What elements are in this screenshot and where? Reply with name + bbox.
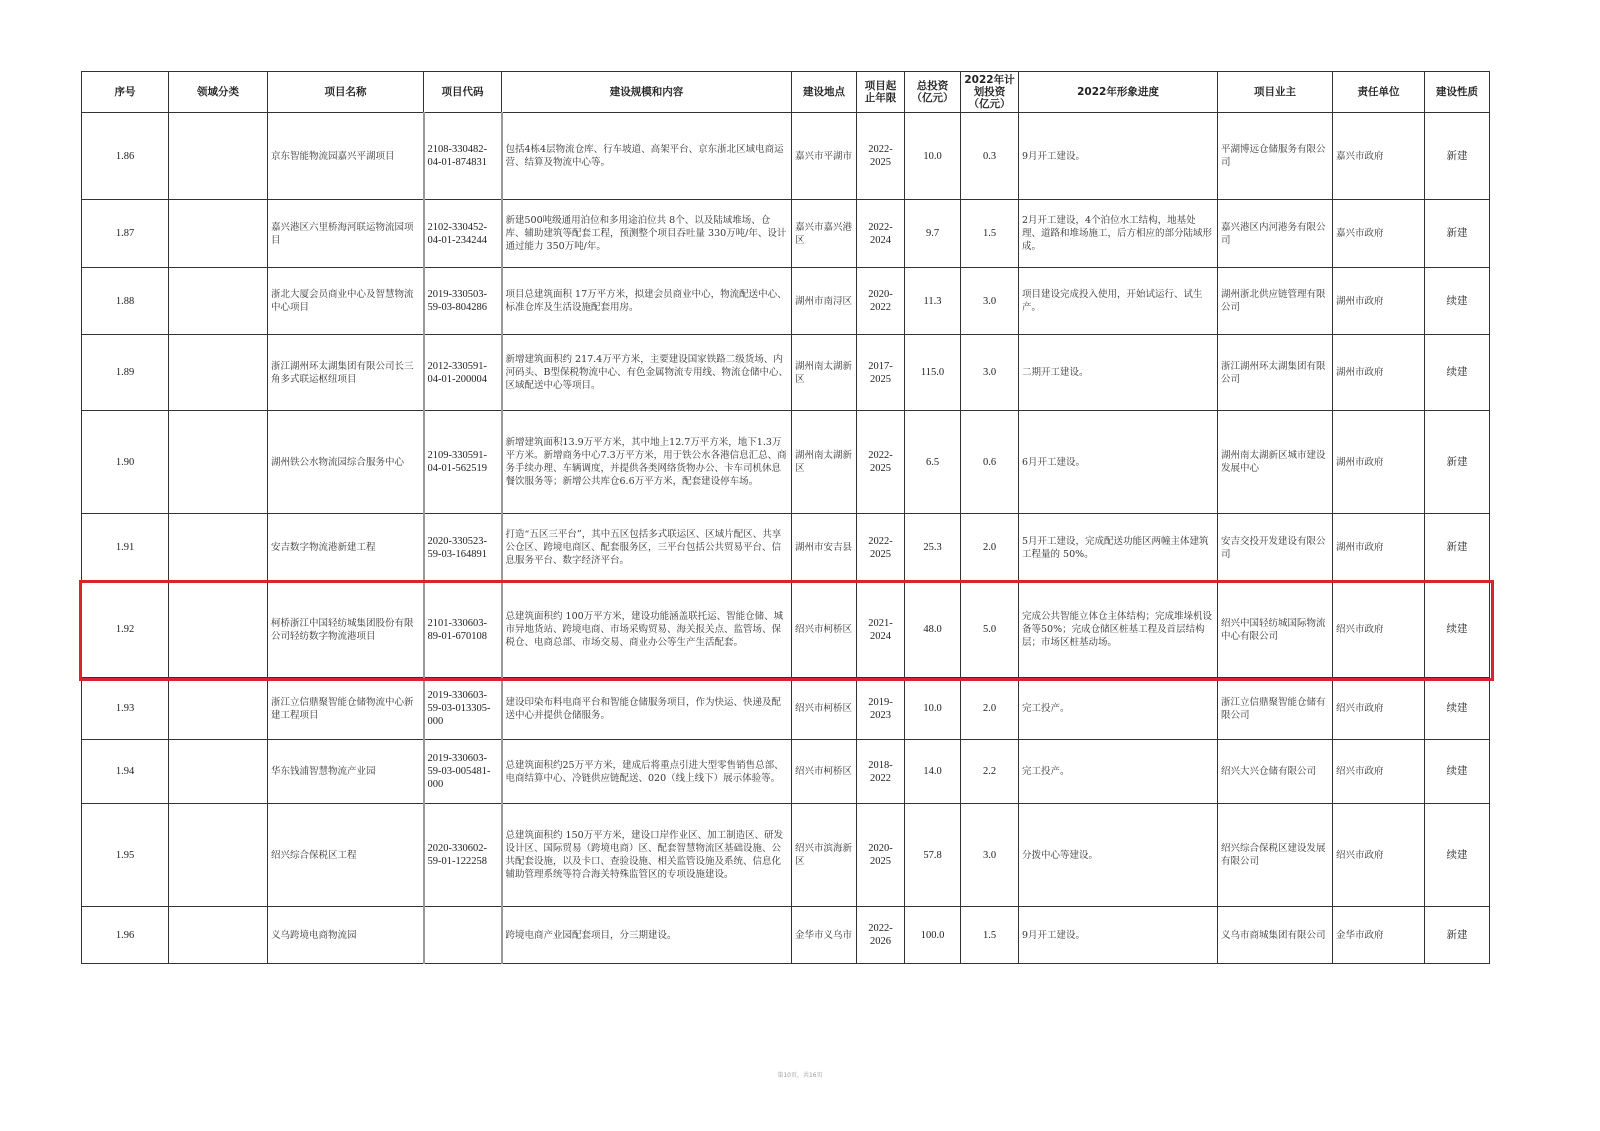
row-project-code: 2019-330603-59-03-005481-000 <box>424 740 502 804</box>
row-category <box>169 804 268 907</box>
header-nature: 建设性质 <box>1425 72 1490 113</box>
row-progress-2022: 二期开工建设。 <box>1019 335 1218 411</box>
row-responsible-unit: 绍兴市政府 <box>1333 804 1425 907</box>
header-location: 建设地点 <box>792 72 857 113</box>
row-owner: 浙江立信鼎聚智能仓储有限公司 <box>1218 678 1333 740</box>
row-plan-2022: 5.0 <box>961 582 1019 678</box>
row-scope: 新增建筑面积约 217.4万平方米，主要建设国家铁路二级货场、内河码头、B型保税… <box>502 335 792 411</box>
row-plan-2022: 2.0 <box>961 514 1019 582</box>
header-project-name: 项目名称 <box>268 72 424 113</box>
row-progress-2022: 完工投产。 <box>1019 678 1218 740</box>
header-plan-2022: 2022年计划投资（亿元） <box>961 72 1019 113</box>
row-scope: 新建500吨级通用泊位和多用途泊位共 8个、以及陆域堆场、仓库、辅助建筑等配套工… <box>502 200 792 268</box>
row-plan-2022: 2.2 <box>961 740 1019 804</box>
row-nature: 续建 <box>1425 804 1490 907</box>
row-location: 嘉兴市平湖市 <box>792 113 857 200</box>
row-plan-2022: 1.5 <box>961 907 1019 964</box>
row-seq: 1.96 <box>82 907 169 964</box>
row-responsible-unit: 嘉兴市政府 <box>1333 113 1425 200</box>
header-period: 项目起止年限 <box>857 72 905 113</box>
row-period: 2020-2025 <box>857 804 905 907</box>
row-scope: 总建筑面积约25万平方米，建成后将重点引进大型零售销售总部、电商结算中心、冷链供… <box>502 740 792 804</box>
row-responsible-unit: 湖州市政府 <box>1333 268 1425 335</box>
row-owner: 绍兴中国轻纺城国际物流中心有限公司 <box>1218 582 1333 678</box>
row-location: 嘉兴市嘉兴港区 <box>792 200 857 268</box>
row-project-code: 2019-330503-59-03-804286 <box>424 268 502 335</box>
row-location: 湖州南太湖新区 <box>792 411 857 514</box>
row-plan-2022: 3.0 <box>961 804 1019 907</box>
row-total-investment: 48.0 <box>905 582 961 678</box>
row-progress-2022: 5月开工建设，完成配送功能区两幢主体建筑工程量的 50%。 <box>1019 514 1218 582</box>
row-total-investment: 6.5 <box>905 411 961 514</box>
row-responsible-unit: 金华市政府 <box>1333 907 1425 964</box>
row-project-name: 绍兴综合保税区工程 <box>268 804 424 907</box>
row-period: 2017-2025 <box>857 335 905 411</box>
row-seq: 1.86 <box>82 113 169 200</box>
header-seq: 序号 <box>82 72 169 113</box>
row-seq: 1.95 <box>82 804 169 907</box>
row-owner: 浙江湖州环太湖集团有限公司 <box>1218 335 1333 411</box>
row-nature: 续建 <box>1425 268 1490 335</box>
row-total-investment: 57.8 <box>905 804 961 907</box>
header-total-investment: 总投资（亿元） <box>905 72 961 113</box>
row-project-code: 2101-330603-89-01-670108 <box>424 582 502 678</box>
row-responsible-unit: 湖州市政府 <box>1333 411 1425 514</box>
row-project-name: 浙北大厦会员商业中心及智慧物流中心项目 <box>268 268 424 335</box>
row-owner: 湖州南太湖新区城市建设发展中心 <box>1218 411 1333 514</box>
row-owner: 平湖博远仓储服务有限公司 <box>1218 113 1333 200</box>
row-plan-2022: 3.0 <box>961 335 1019 411</box>
row-owner: 安吉交投开发建设有限公司 <box>1218 514 1333 582</box>
table-row: 1.90湖州铁公水物流园综合服务中心2109-330591-04-01-5625… <box>82 411 1490 514</box>
table-row: 1.87嘉兴港区六里桥海河联运物流园项目2102-330452-04-01-23… <box>82 200 1490 268</box>
row-category <box>169 582 268 678</box>
row-project-name: 华东钱浦智慧物流产业园 <box>268 740 424 804</box>
row-category <box>169 268 268 335</box>
row-progress-2022: 9月开工建设。 <box>1019 907 1218 964</box>
row-period: 2022-2024 <box>857 200 905 268</box>
table-row: 1.88浙北大厦会员商业中心及智慧物流中心项目2019-330503-59-03… <box>82 268 1490 335</box>
row-progress-2022: 9月开工建设。 <box>1019 113 1218 200</box>
row-project-name: 湖州铁公水物流园综合服务中心 <box>268 411 424 514</box>
row-project-code <box>424 907 502 964</box>
header-scope: 建设规模和内容 <box>502 72 792 113</box>
row-period: 2020-2022 <box>857 268 905 335</box>
row-location: 金华市义乌市 <box>792 907 857 964</box>
row-project-code: 2020-330523-59-03-164891 <box>424 514 502 582</box>
row-location: 湖州南太湖新区 <box>792 335 857 411</box>
row-project-code: 2019-330603-59-03-013305-000 <box>424 678 502 740</box>
row-project-code: 2020-330602-59-01-122258 <box>424 804 502 907</box>
header-category: 领域分类 <box>169 72 268 113</box>
row-seq: 1.89 <box>82 335 169 411</box>
row-period: 2018-2022 <box>857 740 905 804</box>
row-project-name: 安吉数字物流港新建工程 <box>268 514 424 582</box>
row-period: 2021-2024 <box>857 582 905 678</box>
row-period: 2019-2023 <box>857 678 905 740</box>
row-project-code: 2102-330452-04-01-234244 <box>424 200 502 268</box>
row-scope: 跨境电商产业园配套项目，分三期建设。 <box>502 907 792 964</box>
row-nature: 新建 <box>1425 411 1490 514</box>
row-responsible-unit: 绍兴市政府 <box>1333 678 1425 740</box>
table-row: 1.94华东钱浦智慧物流产业园2019-330603-59-03-005481-… <box>82 740 1490 804</box>
row-location: 湖州市南浔区 <box>792 268 857 335</box>
project-table-sheet: 序号 领域分类 项目名称 项目代码 建设规模和内容 建设地点 项目起止年限 总投… <box>81 71 1489 964</box>
header-project-code: 项目代码 <box>424 72 502 113</box>
row-project-name: 浙江立信鼎聚智能仓储物流中心新建工程项目 <box>268 678 424 740</box>
row-responsible-unit: 湖州市政府 <box>1333 335 1425 411</box>
row-project-name: 京东智能物流园嘉兴平湖项目 <box>268 113 424 200</box>
row-responsible-unit: 绍兴市政府 <box>1333 582 1425 678</box>
row-total-investment: 9.7 <box>905 200 961 268</box>
row-total-investment: 10.0 <box>905 678 961 740</box>
row-progress-2022: 完成公共智能立体仓主体结构；完成堆垛机设备等50%；完成仓储区桩基工程及首层结构… <box>1019 582 1218 678</box>
row-progress-2022: 完工投产。 <box>1019 740 1218 804</box>
row-period: 2022-2026 <box>857 907 905 964</box>
row-seq: 1.87 <box>82 200 169 268</box>
row-plan-2022: 0.3 <box>961 113 1019 200</box>
row-category <box>169 740 268 804</box>
header-owner: 项目业主 <box>1218 72 1333 113</box>
row-category <box>169 514 268 582</box>
row-total-investment: 115.0 <box>905 335 961 411</box>
row-category <box>169 200 268 268</box>
row-responsible-unit: 嘉兴市政府 <box>1333 200 1425 268</box>
row-category <box>169 678 268 740</box>
row-project-name: 浙江湖州环太湖集团有限公司长三角多式联运枢纽项目 <box>268 335 424 411</box>
row-location: 绍兴市柯桥区 <box>792 678 857 740</box>
row-category <box>169 907 268 964</box>
row-nature: 续建 <box>1425 335 1490 411</box>
header-progress-2022: 2022年形象进度 <box>1019 72 1218 113</box>
row-category <box>169 411 268 514</box>
row-nature: 续建 <box>1425 678 1490 740</box>
row-plan-2022: 3.0 <box>961 268 1019 335</box>
row-nature: 新建 <box>1425 514 1490 582</box>
row-plan-2022: 1.5 <box>961 200 1019 268</box>
row-nature: 新建 <box>1425 907 1490 964</box>
row-location: 绍兴市柯桥区 <box>792 740 857 804</box>
row-owner: 湖州浙北供应链管理有限公司 <box>1218 268 1333 335</box>
row-responsible-unit: 湖州市政府 <box>1333 514 1425 582</box>
row-total-investment: 10.0 <box>905 113 961 200</box>
row-plan-2022: 0.6 <box>961 411 1019 514</box>
table-header-row: 序号 领域分类 项目名称 项目代码 建设规模和内容 建设地点 项目起止年限 总投… <box>82 72 1490 113</box>
row-owner: 嘉兴港区内河港务有限公司 <box>1218 200 1333 268</box>
row-seq: 1.88 <box>82 268 169 335</box>
row-period: 2022-2025 <box>857 411 905 514</box>
row-progress-2022: 2月开工建设，4个泊位水工结构，地基处理、道路和堆场施工，后方相应的部分陆域形成… <box>1019 200 1218 268</box>
row-progress-2022: 分拨中心等建设。 <box>1019 804 1218 907</box>
row-scope: 总建筑面积约 150万平方米，建设口岸作业区、加工制造区、研发设计区、国际贸易（… <box>502 804 792 907</box>
table-row: 1.86京东智能物流园嘉兴平湖项目2108-330482-04-01-87483… <box>82 113 1490 200</box>
header-responsible-unit: 责任单位 <box>1333 72 1425 113</box>
table-row: 1.89浙江湖州环太湖集团有限公司长三角多式联运枢纽项目2012-330591-… <box>82 335 1490 411</box>
row-progress-2022: 项目建设完成投入使用，开始试运行、试生产。 <box>1019 268 1218 335</box>
row-scope: 打造“五区三平台”，其中五区包括多式联运区、区域片配区、共享公仓区、跨境电商区、… <box>502 514 792 582</box>
row-seq: 1.90 <box>82 411 169 514</box>
row-scope: 总建筑面积约 100万平方米，建设功能涵盖联托运、智能仓储、城市异地货站、跨境电… <box>502 582 792 678</box>
row-project-code: 2109-330591-04-01-562519 <box>424 411 502 514</box>
row-total-investment: 14.0 <box>905 740 961 804</box>
row-project-name: 嘉兴港区六里桥海河联运物流园项目 <box>268 200 424 268</box>
row-progress-2022: 6月开工建设。 <box>1019 411 1218 514</box>
table-row: 1.93浙江立信鼎聚智能仓储物流中心新建工程项目2019-330603-59-0… <box>82 678 1490 740</box>
row-total-investment: 25.3 <box>905 514 961 582</box>
row-project-name: 义乌跨境电商物流园 <box>268 907 424 964</box>
row-nature: 续建 <box>1425 740 1490 804</box>
row-category <box>169 335 268 411</box>
page-footer: 第10页，共16页 <box>0 1070 1600 1079</box>
row-nature: 新建 <box>1425 113 1490 200</box>
row-owner: 绍兴大兴仓储有限公司 <box>1218 740 1333 804</box>
table-row: 1.96义乌跨境电商物流园跨境电商产业园配套项目，分三期建设。金华市义乌市202… <box>82 907 1490 964</box>
row-plan-2022: 2.0 <box>961 678 1019 740</box>
row-total-investment: 100.0 <box>905 907 961 964</box>
row-location: 绍兴市滨海新区 <box>792 804 857 907</box>
row-owner: 义乌市商城集团有限公司 <box>1218 907 1333 964</box>
row-seq: 1.92 <box>82 582 169 678</box>
row-nature: 新建 <box>1425 200 1490 268</box>
row-project-name: 柯桥浙江中国轻纺城集团股份有限公司轻纺数字物流港项目 <box>268 582 424 678</box>
row-scope: 包括4栋4层物流仓库、行车坡道、高架平台、京东浙北区域电商运营、结算及物流中心等… <box>502 113 792 200</box>
row-period: 2022-2025 <box>857 113 905 200</box>
table-row: 1.92柯桥浙江中国轻纺城集团股份有限公司轻纺数字物流港项目2101-33060… <box>82 582 1490 678</box>
row-project-code: 2012-330591-04-01-200004 <box>424 335 502 411</box>
row-responsible-unit: 绍兴市政府 <box>1333 740 1425 804</box>
row-period: 2022-2025 <box>857 514 905 582</box>
row-seq: 1.91 <box>82 514 169 582</box>
table-row: 1.91安吉数字物流港新建工程2020-330523-59-03-164891打… <box>82 514 1490 582</box>
row-owner: 绍兴综合保税区建设发展有限公司 <box>1218 804 1333 907</box>
row-scope: 建设印染布料电商平台和智能仓储服务项目，作为快运、快递及配送中心并提供仓储服务。 <box>502 678 792 740</box>
row-project-code: 2108-330482-04-01-874831 <box>424 113 502 200</box>
project-table: 序号 领域分类 项目名称 项目代码 建设规模和内容 建设地点 项目起止年限 总投… <box>81 71 1490 964</box>
row-location: 绍兴市柯桥区 <box>792 582 857 678</box>
row-category <box>169 113 268 200</box>
row-scope: 项目总建筑面积 17万平方米，拟建会员商业中心，物流配送中心、标准仓库及生活设施… <box>502 268 792 335</box>
row-scope: 新增建筑面积13.9万平方米，其中地上12.7万平方米，地下1.3万平方米。新增… <box>502 411 792 514</box>
row-location: 湖州市安吉县 <box>792 514 857 582</box>
row-seq: 1.93 <box>82 678 169 740</box>
row-total-investment: 11.3 <box>905 268 961 335</box>
row-nature: 续建 <box>1425 582 1490 678</box>
table-row: 1.95绍兴综合保税区工程2020-330602-59-01-122258总建筑… <box>82 804 1490 907</box>
row-seq: 1.94 <box>82 740 169 804</box>
